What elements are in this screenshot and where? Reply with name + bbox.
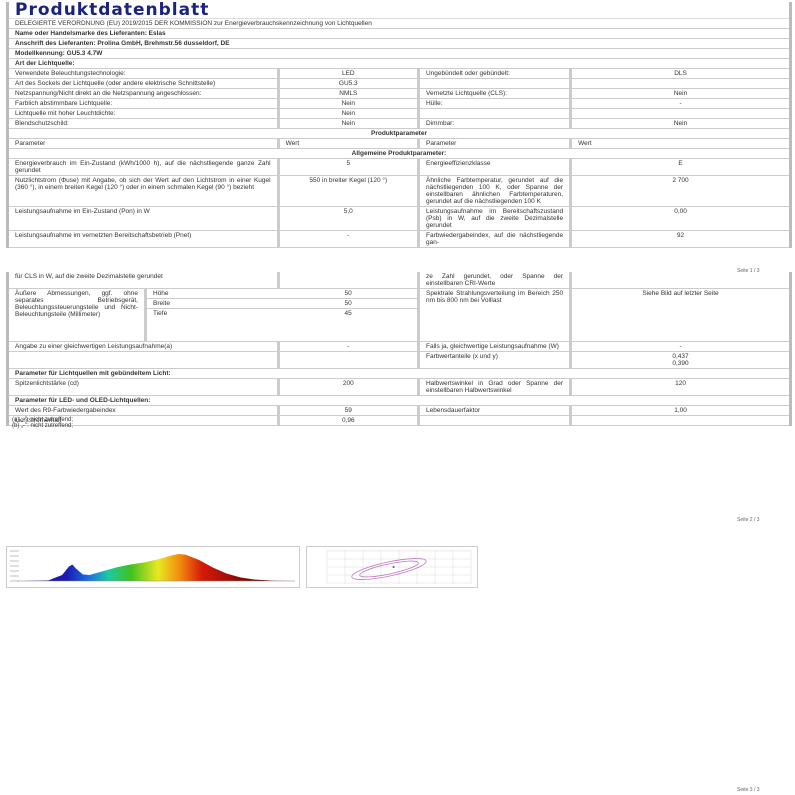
table-row: Leistungsaufnahme im vernetzten Bereitsc… (9, 231, 789, 248)
table-row: Lichtstromerhalt 0,96 (9, 416, 789, 426)
chroma-label: Farbwertanteile (x und y) (418, 352, 570, 369)
supplier-name: Name oder Handelsmarke des Lieferanten: … (9, 29, 789, 39)
model-id: Modellkennung: GU5.3 4.7W (9, 49, 789, 59)
led-heading: Parameter für LED- und OLED-Lichtquellen… (9, 396, 789, 406)
table-row: Angabe zu einer gleichwertigen Leistungs… (9, 342, 789, 352)
cie-chart (306, 546, 478, 588)
page-1: Produktdatenblatt DELEGIERTE VERORDNUNG … (6, 2, 792, 248)
product-params-heading: Produktparameter (9, 129, 789, 139)
dimensions-row: Äußere Abmessungen, ggf. ohne separates … (9, 289, 789, 342)
equiv-label: Angabe zu einer gleichwertigen Leistungs… (9, 342, 278, 352)
col-param-right: Parameter (418, 139, 570, 149)
table-row: Wert des R9-Farbwiedergabeindex 59 Leben… (9, 406, 789, 416)
table-row: Netzspannung/Nicht direkt an die Netzspa… (9, 89, 789, 99)
page-number-2: Seite 2 / 3 (737, 517, 760, 523)
spectrum-chart (6, 546, 300, 588)
dimensions-label: Äußere Abmessungen, ggf. ohne separates … (9, 289, 146, 342)
light-source-table: Verwendete Beleuchtungstechnologie: LED … (9, 69, 789, 129)
page-2: für CLS in W, auf die zweite Dezimalstel… (6, 272, 792, 426)
light-source-type-heading: Art der Lichtquelle: (9, 59, 789, 69)
table-row: Farblich abstimmbare Lichtquelle: Nein H… (9, 99, 789, 109)
table-row: Art des Sockels der Lichtquelle (oder an… (9, 79, 789, 89)
col-value-right: Wert (571, 139, 789, 149)
table-row: Energieverbrauch im Ein-Zustand (kWh/100… (9, 159, 789, 176)
charts-area (6, 546, 476, 586)
spectral-value: Siehe Bild auf letzter Seite (571, 289, 789, 342)
table-row: Leistungsaufnahme im Ein-Zustand (Pon) i… (9, 207, 789, 231)
directional-heading: Parameter für Lichtquellen mit gebündelt… (9, 369, 789, 379)
page-number-3: Seite 3 / 3 (737, 787, 760, 793)
table-row: Verwendete Beleuchtungstechnologie: LED … (9, 69, 789, 79)
general-params-heading: Allgemeine Produktparameter: (9, 149, 789, 159)
footnote-b: (b) „-": nicht zutreffend; (6, 423, 73, 429)
y-axis-ticks (10, 551, 19, 581)
supplier-address: Anschrift des Lieferanten: Prolina GmbH,… (9, 39, 789, 49)
page-title: Produktdatenblatt (9, 2, 789, 19)
table-row: Blendschutzschild: Nein Dimmbar: Nein (9, 119, 789, 129)
col-value-left: Wert (278, 139, 418, 149)
table-row: Lichtquelle mit hoher Leuchtdichte: Nein (9, 109, 789, 119)
table-row: für CLS in W, auf die zweite Dezimalstel… (9, 272, 789, 289)
page2-table: für CLS in W, auf die zweite Dezimalstel… (9, 272, 789, 426)
regulation-text: DELEGIERTE VERORDNUNG (EU) 2019/2015 DER… (9, 19, 789, 29)
col-param-left: Parameter (9, 139, 278, 149)
dimensions-table: Höhe50 Breite50 Tiefe45 (147, 289, 417, 318)
spectral-label: Spektrale Strahlungsverteilung im Bereic… (418, 289, 570, 342)
product-params-header: Parameter Wert Parameter Wert (9, 139, 789, 149)
product-params-table: Energieverbrauch im Ein-Zustand (kWh/100… (9, 159, 789, 248)
table-row: Nutzlichtstrom (Φuse) mit Angabe, ob sic… (9, 176, 789, 207)
table-row: Spitzenlichtstärke (cd) 200 Halbwertswin… (9, 379, 789, 396)
table-row: Farbwertanteile (x und y) 0,4370,390 (9, 352, 789, 369)
